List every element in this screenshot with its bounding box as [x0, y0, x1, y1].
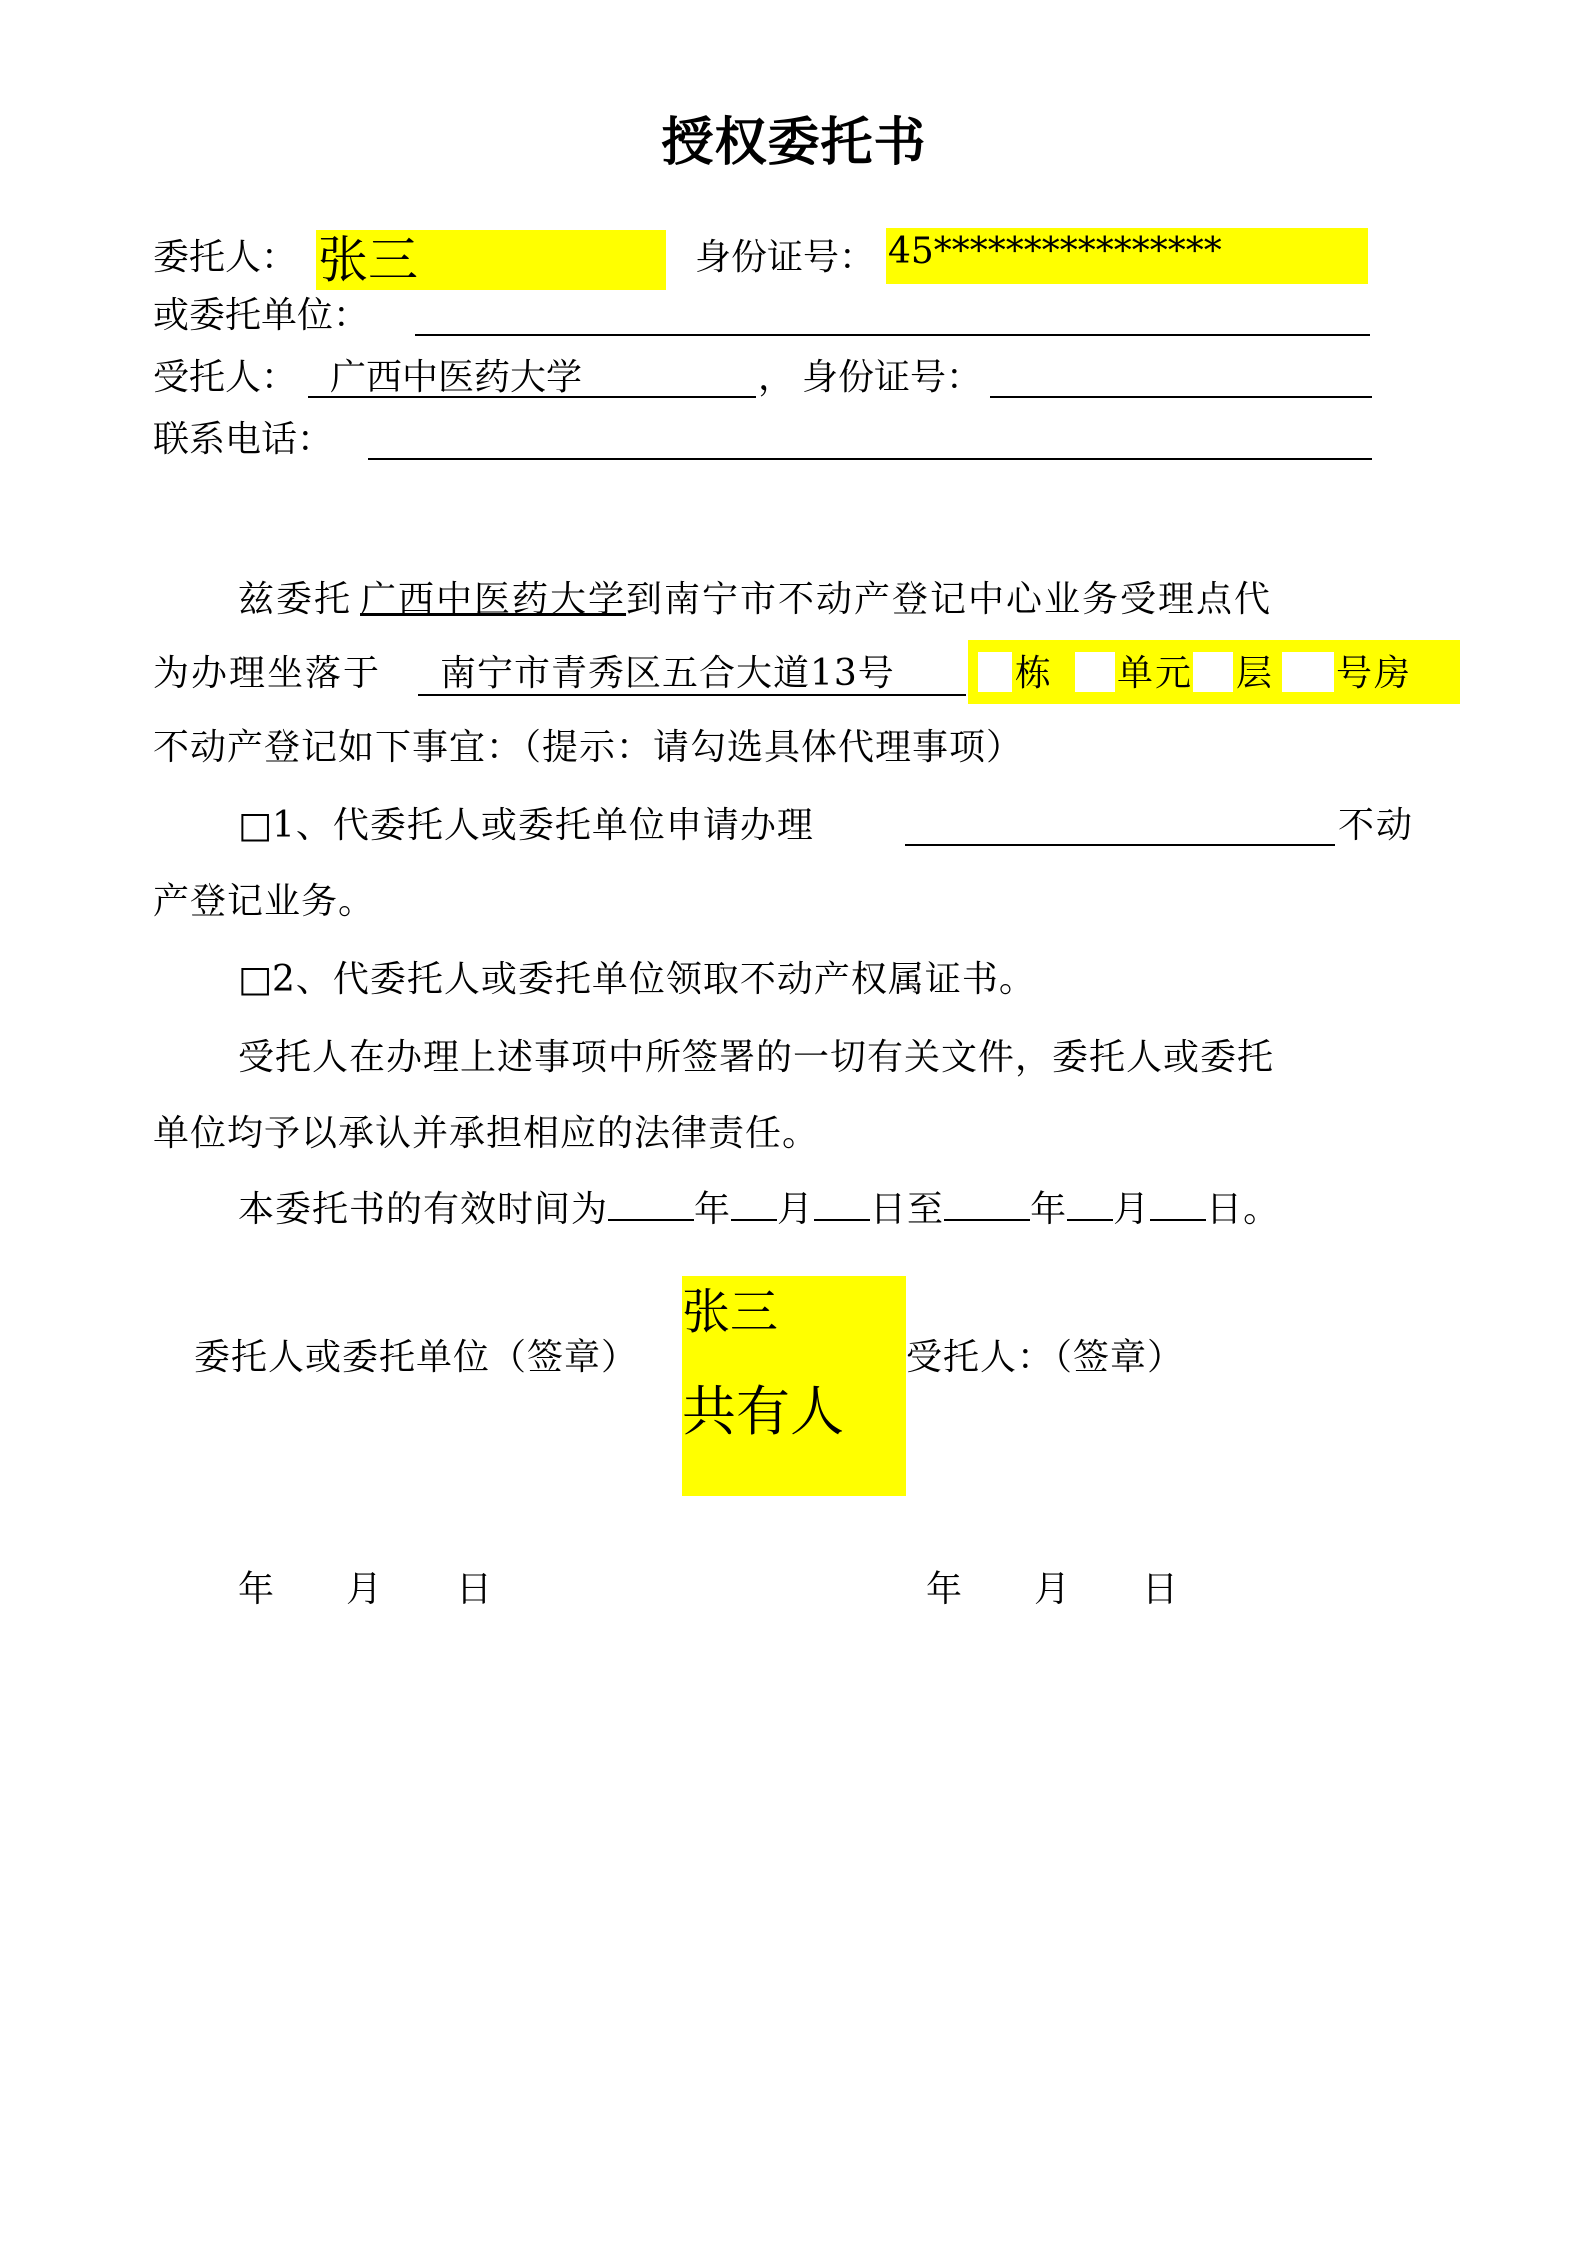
- validity-day-1-field[interactable]: [814, 1189, 870, 1221]
- left-date-day: 日: [456, 1568, 492, 1612]
- p2-room: 号房: [1336, 652, 1412, 696]
- principal-unit-label: 或委托单位：: [153, 294, 369, 338]
- validity-month-2-label: 月: [1113, 1189, 1150, 1230]
- phone-field[interactable]: [368, 458, 1372, 460]
- validity-year-1-field[interactable]: [608, 1189, 694, 1221]
- body-paragraph-3: 不动产登记如下事宜：（提示：请勾选具体代理事项）: [153, 726, 1023, 770]
- agent-id-label: 身份证号：: [802, 356, 982, 400]
- validity-day-2-label: 日。: [1206, 1189, 1280, 1230]
- validity-line: 本委托书的有效时间为年月日至年月日。: [238, 1188, 1280, 1232]
- validity-prefix: 本委托书的有效时间为: [238, 1189, 608, 1230]
- p1-prefix: 兹委托: [238, 579, 352, 620]
- item-1-tail: 不动: [1338, 804, 1414, 848]
- agent-id-separator: ，: [758, 356, 794, 400]
- validity-month-1-field[interactable]: [731, 1189, 777, 1221]
- floor-blank[interactable]: [1193, 652, 1233, 692]
- validity-month-2-field[interactable]: [1067, 1189, 1113, 1221]
- item-2-text: 2、代委托人或委托单位领取不动产权属证书。: [272, 959, 1036, 1000]
- p2-address: 南宁市青秀区五合大道13号: [440, 652, 895, 696]
- item-1: □1、代委托人或委托单位申请办理: [238, 804, 814, 848]
- left-date-month: 月: [346, 1568, 382, 1612]
- unit-blank[interactable]: [1075, 652, 1115, 692]
- validity-day-2-field[interactable]: [1150, 1189, 1206, 1221]
- p2-unit: 单元: [1117, 652, 1193, 696]
- liability-line-2: 单位均予以承认并承担相应的法律责任。: [153, 1112, 819, 1156]
- item-1-text: 1、代委托人或委托单位申请办理: [272, 805, 814, 846]
- principal-label: 委托人：: [153, 236, 297, 280]
- liability-line-1: 受托人在办理上述事项中所签署的一切有关文件，委托人或委托: [238, 1036, 1274, 1080]
- item-1-continuation: 产登记业务。: [153, 880, 375, 924]
- stamp-line-1[interactable]: 张三: [682, 1284, 778, 1340]
- right-date-day: 日: [1142, 1568, 1178, 1612]
- agent-id-field[interactable]: [990, 396, 1372, 398]
- right-date-month: 月: [1034, 1568, 1070, 1612]
- p1-suffix: 到南宁市不动产登记中心业务受理点代: [626, 579, 1272, 620]
- phone-label: 联系电话：: [153, 418, 333, 462]
- left-date-year: 年: [238, 1568, 274, 1612]
- principal-unit-field[interactable]: [415, 334, 1370, 336]
- principal-id-label: 身份证号：: [695, 236, 875, 280]
- item-2: □2、代委托人或委托单位领取不动产权属证书。: [238, 958, 1036, 1002]
- room-blank[interactable]: [1282, 652, 1334, 692]
- validity-year-2-label: 年: [1030, 1189, 1067, 1230]
- validity-month-1-label: 月: [777, 1189, 814, 1230]
- agent-value[interactable]: 广西中医药大学: [330, 356, 582, 400]
- stamp-line-2[interactable]: 共有人: [682, 1384, 844, 1440]
- p2-floor: 层: [1236, 652, 1272, 696]
- principal-sign-label: 委托人或委托单位（签章）: [194, 1336, 638, 1380]
- address-underline: [418, 694, 966, 696]
- principal-id-value[interactable]: 45****************: [888, 230, 1222, 274]
- validity-day-1-label: 日至: [870, 1189, 944, 1230]
- body-paragraph-1: 兹委托广西中医药大学到南宁市不动产登记中心业务受理点代: [238, 578, 1272, 622]
- right-date-year: 年: [926, 1568, 962, 1612]
- agent-sign-label: 受托人：（签章）: [906, 1336, 1184, 1380]
- item-1-checkbox[interactable]: □: [238, 805, 272, 846]
- agent-value-underline: [308, 396, 756, 398]
- p2-prefix: 为办理坐落于: [153, 652, 381, 696]
- agent-label: 受托人：: [153, 356, 297, 400]
- item-1-business-field[interactable]: [905, 844, 1335, 846]
- principal-value[interactable]: 张三: [318, 232, 418, 288]
- validity-year-1-label: 年: [694, 1189, 731, 1230]
- p2-building: 栋: [1015, 652, 1051, 696]
- building-blank[interactable]: [978, 652, 1012, 692]
- validity-year-2-field[interactable]: [944, 1189, 1030, 1221]
- document-title: 授权委托书: [0, 100, 1588, 175]
- p1-agent: 广西中医药大学: [352, 579, 626, 620]
- item-2-checkbox[interactable]: □: [238, 959, 272, 1000]
